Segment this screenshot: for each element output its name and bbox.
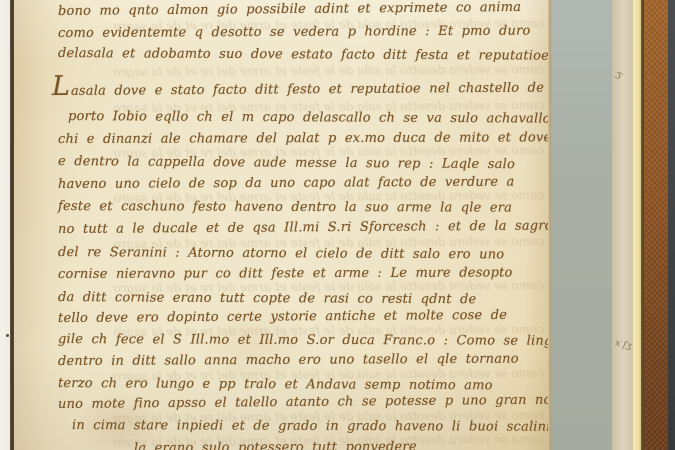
manuscript-photo: como se vedera desotto la sala de le fes… <box>0 0 675 450</box>
manuscript-line: chi e dinanzi ale chamare del palat p ex… <box>58 129 550 148</box>
manuscript-line: e dentro la cappella dove aude messe la … <box>58 153 515 173</box>
gray-backing-board <box>551 0 612 450</box>
manuscript-line: porto Iobio eqllo ch el m capo delascall… <box>68 108 550 128</box>
manuscript-line: feste et caschuno festo haveno dentro la… <box>58 198 512 217</box>
manuscript-line: da ditt cornise erano tutt copte de rasi… <box>58 289 477 308</box>
photo-dark-edge <box>668 0 675 450</box>
leather-binding <box>644 0 668 450</box>
manuscript-page: como se vedera desotto la sala de le fes… <box>14 0 550 450</box>
cream-page-edge <box>633 0 641 450</box>
ink-speck <box>6 334 9 337</box>
manuscript-line: dentro in ditt sallo anna macho ero uno … <box>58 351 519 370</box>
manuscript-line: del re Seranini : Atorno atorno el cielo… <box>58 244 504 263</box>
manuscript-line: Lasala dove e stato facto ditt festo et … <box>52 79 544 100</box>
manuscript-line: no tutt a le ducale et de qsa Ill.mi S.r… <box>58 217 550 238</box>
manuscript-line: como evidentemte q desotto se vedera p h… <box>58 23 531 42</box>
manuscript-line: gile ch fece el S Ill.mo et Ill.mo S.or … <box>58 331 550 350</box>
verso-bleedthrough-line: como se vedera desotto la sala de le fes… <box>24 62 544 80</box>
manuscript-line: tello deve ero dopinto certe ystorie ant… <box>58 307 507 327</box>
manuscript-line: terzo ch ero lungo e pp tralo et Andava … <box>58 375 493 394</box>
left-page-margin <box>0 0 10 450</box>
manuscript-line: haveno uno cielo de sop da uno capo alat… <box>58 174 515 193</box>
manuscript-line: la erano sulo potessero tutt ponvedere <box>134 439 417 450</box>
manuscript-line: in cima stare inpiedi et de grado in gra… <box>72 417 550 436</box>
manuscript-line: delasala et adobamto suo dove estato fac… <box>58 45 549 65</box>
manuscript-line: cornise nieravno pur co ditt feste et ar… <box>58 264 513 283</box>
beige-backing-strip <box>612 0 633 450</box>
